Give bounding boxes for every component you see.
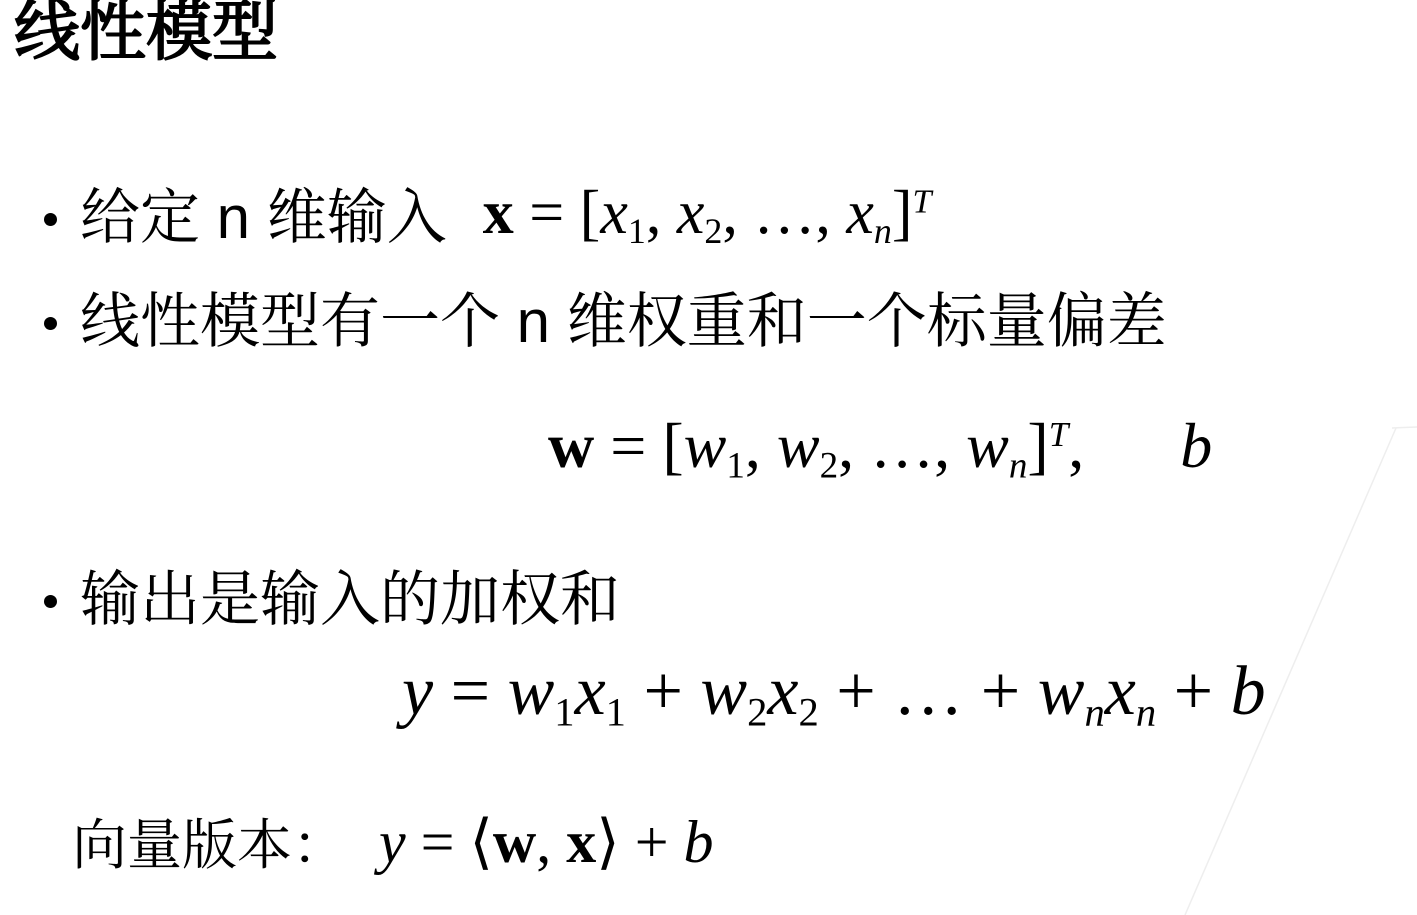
math-token: w [777,410,820,481]
math-token: n [1136,689,1156,734]
math-token: y [402,653,433,730]
math-token: T [1049,415,1069,454]
math-token: , …, [722,179,846,247]
math-token: x [483,179,514,247]
math-token: = [406,809,470,875]
math-token: n [1009,445,1028,486]
math-token: , [646,179,677,247]
math-token: x [575,653,606,730]
math-token: 1 [726,445,745,486]
math-token: w [548,410,594,481]
math-token: w [684,410,727,481]
math-token: 2 [704,211,722,251]
bullet-item-output-weighted-sum: 输出是输入的加权和 [44,568,620,632]
math-token: + [626,653,700,730]
bullet-2-text: 线性模型有一个 n 维权重和一个标量偏差 [80,286,1167,358]
math-token: + [620,809,684,875]
math-token: , [1068,410,1084,481]
bullet-3-text: 输出是输入的加权和 [80,564,620,636]
bullet-dot-icon [44,595,57,608]
math-token: , …, [838,410,966,481]
bullet-item-given-input: 给定 n 维输入 x = [x1, x2, …, xn]T [44,172,932,264]
math-token: x [677,179,705,247]
formula-x-definition: x = [x1, x2, …, xn]T [483,176,932,253]
slide: 线性模型 给定 n 维输入 x = [x1, x2, …, xn]T 线性模型有… [0,0,1417,915]
bullet-1-text: 给定 n 维输入 [80,182,447,254]
vector-version-label: 向量版本： [72,812,347,878]
math-token: w [1038,653,1085,730]
math-token: b [1231,653,1266,730]
math-token [1084,410,1180,481]
math-token: w [508,653,555,730]
math-token: = [433,653,507,730]
math-token: b [1180,410,1212,481]
math-token: 2 [747,689,767,734]
formula-weighted-sum: y = w1x1 + w2x2 + … + wnxn + b [402,650,1266,737]
math-token: x [566,809,596,875]
math-token: w [966,410,1009,481]
math-token: + [1156,653,1230,730]
math-token: T [913,184,932,221]
bullet-dot-icon [44,317,57,330]
watermark-horizontal-line [1392,427,1417,428]
math-token: = [ [594,410,683,481]
math-token: x [600,179,628,247]
math-token: ⟨ [470,809,493,875]
vector-version-row: 向量版本： y = ⟨w, x⟩ + b [72,803,714,887]
math-token: w [700,653,747,730]
math-token: x [1105,653,1136,730]
math-token: x [846,179,874,247]
math-token: n [1084,689,1104,734]
math-token: b [684,809,714,875]
math-token: w [493,809,536,875]
slide-title: 线性模型 [14,0,278,70]
math-token: , [536,809,566,875]
math-token: 1 [554,689,574,734]
formula-vector-version: y = ⟨w, x⟩ + b [379,806,714,878]
math-token: y [379,809,406,875]
math-token: ⟩ [596,809,619,875]
math-token: ] [1027,410,1048,481]
bullet-item-weights-bias: 线性模型有一个 n 维权重和一个标量偏差 [44,290,1167,354]
math-token: = [ [514,179,601,247]
bullet-dot-icon [44,213,57,226]
math-token: 1 [606,689,626,734]
math-token: 2 [820,445,839,486]
math-token: 1 [628,211,646,251]
math-token: x [767,653,798,730]
formula-w-definition: w = [w1, w2, …, wn]T, b [548,408,1212,489]
math-token: ] [892,179,913,247]
math-token: 2 [799,689,819,734]
math-token: n [874,211,892,251]
math-token: , [745,410,777,481]
math-token: + … + [819,653,1038,730]
